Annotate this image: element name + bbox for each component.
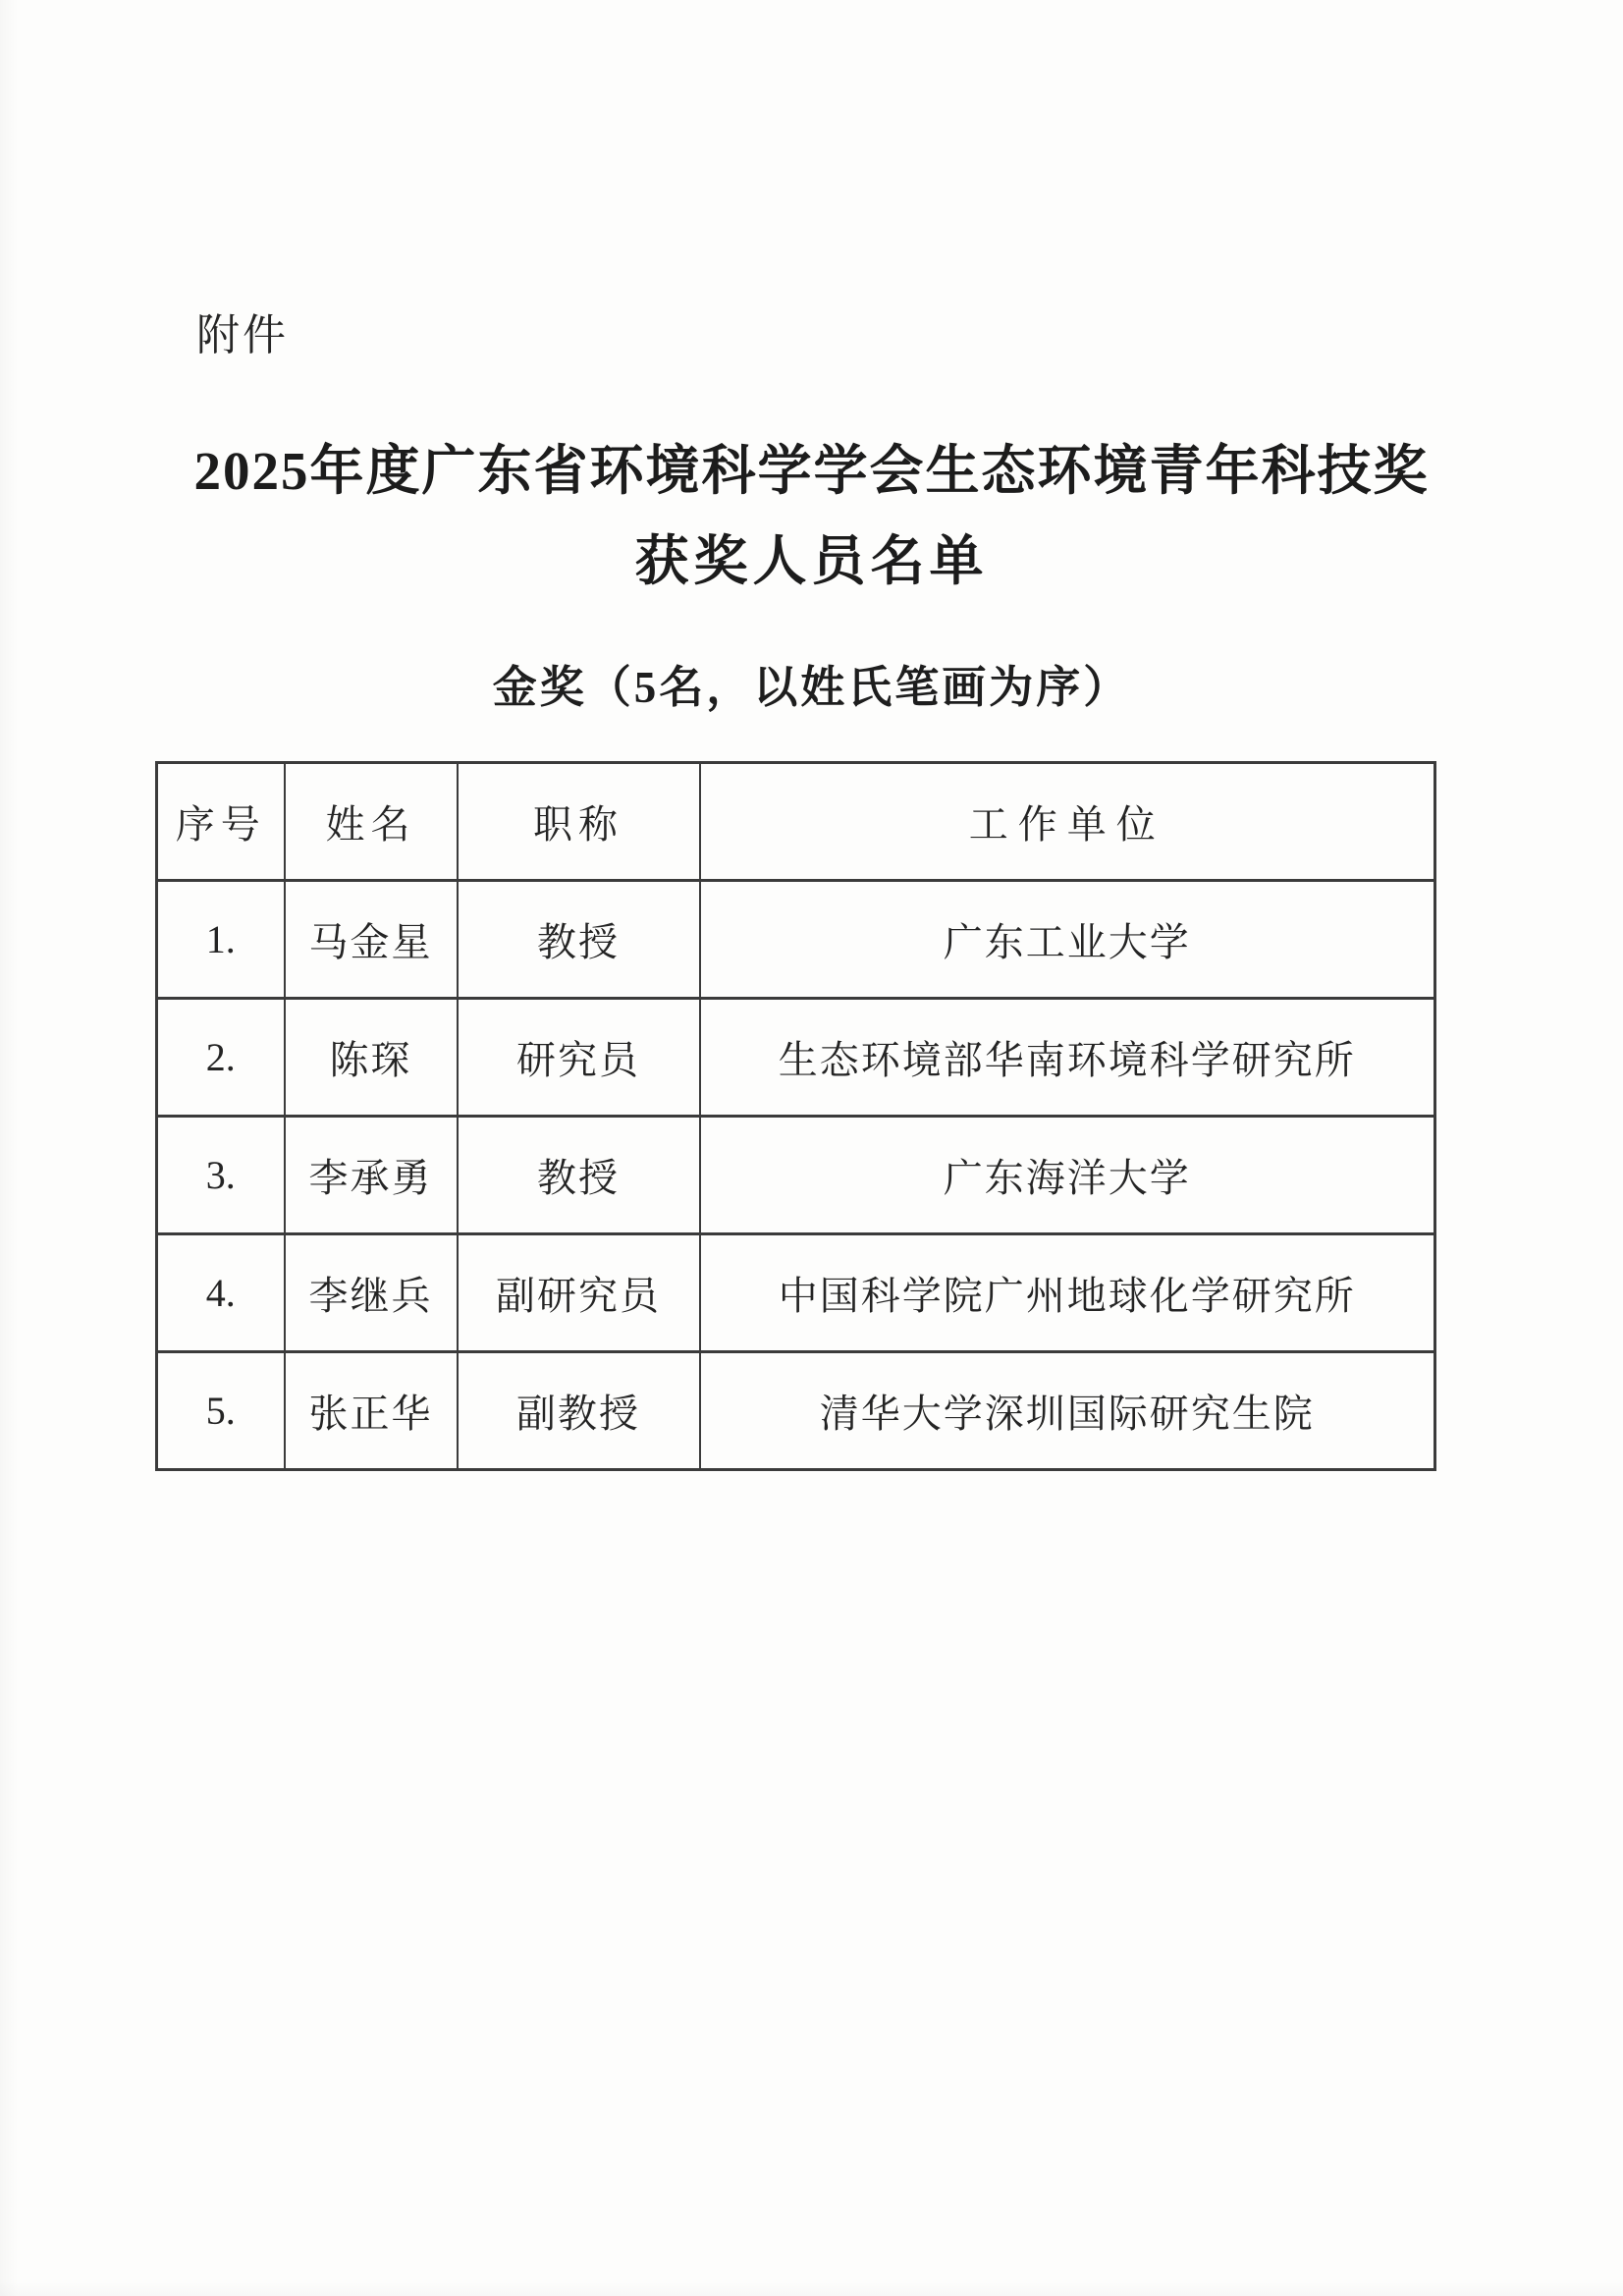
cell-organization: 广东海洋大学 — [700, 1117, 1435, 1234]
cell-organization: 清华大学深圳国际研究生院 — [700, 1352, 1435, 1470]
cell-organization: 广东工业大学 — [700, 881, 1435, 999]
cell-serial: 3. — [157, 1117, 285, 1234]
column-header-serial: 序号 — [157, 763, 285, 881]
table-row: 5. 张正华 副教授 清华大学深圳国际研究生院 — [157, 1352, 1435, 1470]
cell-name: 李承勇 — [285, 1117, 458, 1234]
column-header-title: 职称 — [458, 763, 700, 881]
cell-name: 陈琛 — [285, 999, 458, 1117]
table-header-row: 序号 姓名 职称 工作单位 — [157, 763, 1435, 881]
column-header-name: 姓名 — [285, 763, 458, 881]
cell-name: 张正华 — [285, 1352, 458, 1470]
cell-title: 教授 — [458, 881, 700, 999]
cell-organization: 中国科学院广州地球化学研究所 — [700, 1234, 1435, 1352]
cell-title: 副教授 — [458, 1352, 700, 1470]
cell-name: 马金星 — [285, 881, 458, 999]
cell-serial: 4. — [157, 1234, 285, 1352]
cell-organization: 生态环境部华南环境科学研究所 — [700, 999, 1435, 1117]
cell-serial: 1. — [157, 881, 285, 999]
column-header-organization: 工作单位 — [700, 763, 1435, 881]
table-row: 3. 李承勇 教授 广东海洋大学 — [157, 1117, 1435, 1234]
document-title: 2025年度广东省环境科学学会生态环境青年科技奖 获奖人员名单 — [0, 426, 1623, 607]
document-page: 附件 2025年度广东省环境科学学会生态环境青年科技奖 获奖人员名单 金奖（5名… — [0, 0, 1623, 2296]
cell-title: 副研究员 — [458, 1234, 700, 1352]
cell-name: 李继兵 — [285, 1234, 458, 1352]
table-row: 4. 李继兵 副研究员 中国科学院广州地球化学研究所 — [157, 1234, 1435, 1352]
award-winners-table: 序号 姓名 职称 工作单位 1. 马金星 教授 广东工业大学 2. 陈琛 研究员… — [155, 761, 1436, 1471]
cell-serial: 2. — [157, 999, 285, 1117]
cell-title: 研究员 — [458, 999, 700, 1117]
document-title-line-2: 获奖人员名单 — [0, 517, 1623, 607]
cell-title: 教授 — [458, 1117, 700, 1234]
cell-serial: 5. — [157, 1352, 285, 1470]
table-row: 2. 陈琛 研究员 生态环境部华南环境科学研究所 — [157, 999, 1435, 1117]
document-title-line-1: 2025年度广东省环境科学学会生态环境青年科技奖 — [0, 426, 1623, 517]
attachment-label: 附件 — [196, 310, 289, 361]
section-heading-gold-award: 金奖（5名，以姓氏笔画为序） — [0, 659, 1623, 716]
table-row: 1. 马金星 教授 广东工业大学 — [157, 881, 1435, 999]
